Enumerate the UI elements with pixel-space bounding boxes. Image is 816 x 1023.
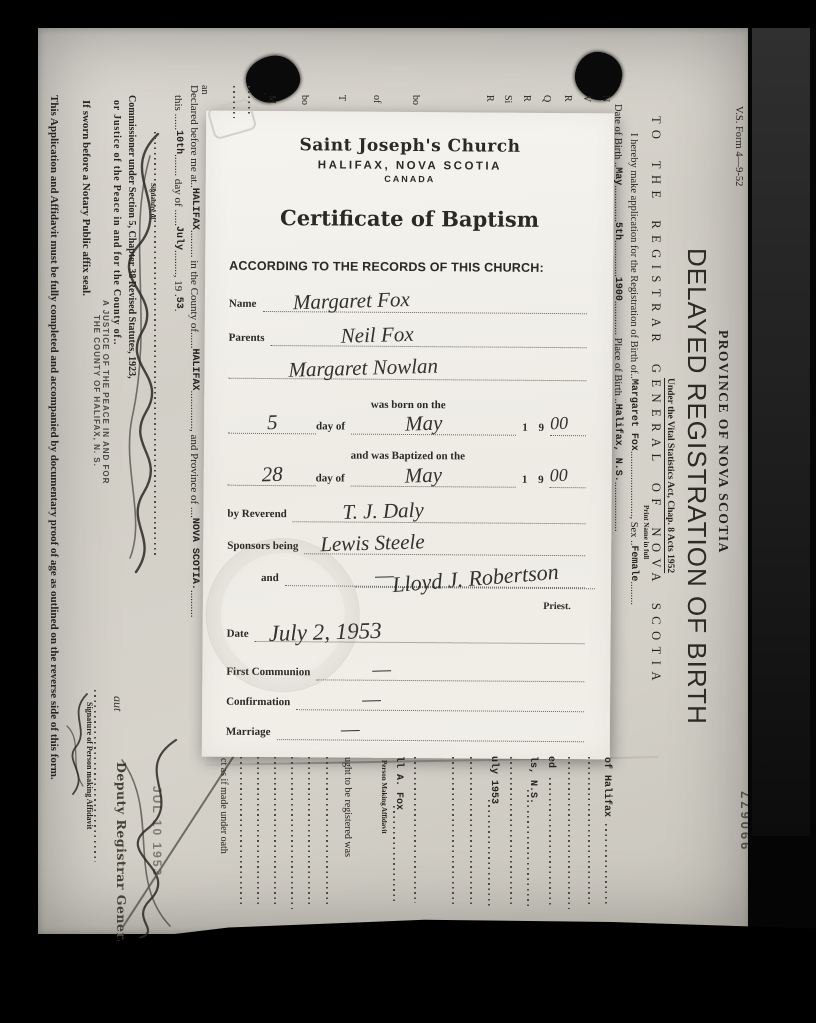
sponsor-line: Lewis Steele [304,529,585,556]
declared-province-typed: NOVA SCOTIA. [189,518,200,590]
baptized-year-line: 00 [550,463,586,488]
name-label: Name [229,298,263,312]
form-line-fragment: N [600,95,611,102]
reverend-line: T. J. Daly [293,497,586,524]
father-value-handwritten: Neil Fox [340,324,413,347]
baptized-day-line: 28 [228,461,316,487]
form-code: V.S. Form 4—9-52 [733,106,744,186]
form-line-fragment: Si [502,95,513,103]
name-line: Margaret Fox [262,287,587,314]
sponsor-value-handwritten: Lewis Steele [320,531,425,555]
form-line-fragment: V [581,95,592,102]
reverend-label: by Reverend [227,508,292,522]
dots: .............., and Province of .... [188,391,200,518]
baptized-year-handwritten: 00 [549,466,567,484]
birth-year-typed: 1900 [612,277,623,301]
born-month-line: May [351,410,516,436]
dotted-blank-line [527,790,529,906]
form-province-heading: PROVINCE OF NOVA SCOTIA [715,330,731,554]
confirmation-dash: — [362,688,381,710]
priest-label: Priest. [543,601,571,612]
form-line-fragment: of [371,95,382,103]
father-line: Neil Fox [270,321,586,348]
form-line-fragment: bo [410,95,421,105]
form-line-fragment: R [484,95,495,102]
dotted-blank-line [393,806,395,904]
dotted-blank-line [549,778,551,906]
applicant-sex-typed: Female [628,545,639,581]
born-year-print: 1 9 [516,422,550,436]
declared-pre: Declared before me at.. [188,85,200,188]
form-line-declared: Declared before me at..HALIFAX..........… [188,85,200,617]
marriage-line: — [276,715,584,742]
frame-top [0,0,816,28]
affiant-signature [57,686,95,806]
embossed-seal [206,539,359,692]
mother-value-handwritten: Margaret Nowlan [288,356,438,381]
certificate-records-line: ACCORDING TO THE RECORDS OF THIS CHURCH: [229,259,544,275]
form-line-fragment: ll A. Fox [393,756,404,810]
form-line-fragment: Person Making Affidavit [380,760,388,834]
form-line-fragment: R [521,95,532,102]
born-year-line: 00 [550,411,586,436]
baptized-day-of-label: day of [316,472,351,486]
mother-line: Margaret Nowlan [228,354,586,381]
certificate-church-country: CANADA [206,173,614,186]
form-title: DELAYED REGISTRATION OF BIRTH [681,248,712,725]
application-pre: I hereby make application for the Regist… [628,133,639,379]
form-line-fragment: bo [299,95,310,105]
form-line-fragment: ct as if made under oath [218,758,229,854]
form-line-fragment: an [199,85,210,94]
form-line-fragment: ught to be registered was [342,757,353,857]
field-baptized-row: 28 day of May 1 9 00 [228,461,586,488]
form-line-instruction: This Application and Affidavit must be f… [48,95,60,780]
declared-at-typed: HALIFAX [189,188,200,230]
field-parents-row: Parents Neil Fox [229,321,587,348]
born-day-of-label: day of [316,420,351,434]
deputy-registrar-signature [100,732,192,942]
dotted-blank-line [274,757,276,907]
baptized-year-print: 1 9 [516,474,550,488]
application-post: ......... [628,581,639,605]
reverend-value-handwritten: T. J. Daly [343,500,425,523]
dots: .............. [612,240,623,277]
dots: ............. [612,301,623,338]
dotted-blank-line [470,757,472,907]
form-line-fragment: M [266,95,277,104]
field-born-row: 5 day of May 1 9 00 [228,409,586,436]
baptized-day-handwritten: 28 [261,464,283,486]
certificate-church-city: HALIFAX, NOVA SCOTIA [206,159,614,174]
film-band [752,24,810,836]
parents-label: Parents [229,332,271,346]
confirmation-line: — [296,685,584,712]
born-month-handwritten: May [405,413,443,435]
dotted-blank-line [452,757,454,905]
baptized-month-line: May [351,462,516,488]
scanned-document: V.S. Form 4—9-52 PROVINCE OF NOVA SCOTIA… [0,0,816,1023]
form-addressee: TO THE REGISTRAR GENERAL OF NOVA SCOTIA [648,116,663,687]
field-mother-row: Margaret Nowlan [228,354,586,381]
form-line-fragment: uly 1953 [488,756,499,804]
form-line-fragment: of Halifax [601,757,612,817]
certificate-title: Certificate of Baptism [205,205,613,233]
priest-signature-line: Lloyd J. Robertson [355,564,595,590]
dotted-blank-line [605,824,607,906]
dotted-blank-line [326,757,328,907]
marriage-label: Marriage [226,726,277,740]
form-act-subtitle: Under the Vital Statistics Act, Chap. 8 … [665,378,675,573]
birth-day-typed: 5th [612,222,623,240]
field-marriage-row: Marriage — [226,715,584,742]
form-line-fragment: ’ [256,92,267,95]
application-mid: ........................., Sex .. [628,451,639,546]
born-day-handwritten: 5 [267,412,278,433]
dotted-blank-line [291,757,293,909]
certificate-church-name: Saint Joseph's Church [206,135,614,158]
baptism-certificate: Saint Joseph's Church HALIFAX, NOVA SCOT… [202,111,614,760]
baptized-month-handwritten: May [404,465,442,487]
form-line-fragment: R [562,95,573,102]
field-reverend-row: by Reverend T. J. Daly [227,497,585,524]
declared-county-typed: HALIFAX [189,349,200,391]
birth-label-place: Place of Birth .. [612,338,623,404]
dotted-blank-line [240,757,242,907]
applicant-name-typed: Margaret Fox [628,379,639,451]
dotted-blank-line [568,757,570,909]
form-line-fragment: Q [541,95,552,102]
dots: ................... [612,482,623,532]
first-communion-line: — [316,655,584,682]
handwritten-note: aut [110,696,125,711]
jp-signature [86,118,178,588]
dotted-blank-line [414,757,416,903]
dotted-blank-line [94,690,96,862]
dotted-blank-line [588,757,590,907]
frame-left [0,0,38,1023]
dotted-blank-line [154,132,156,556]
form-line-application: I hereby make application for the Regist… [628,133,639,605]
dotted-blank-line [308,757,310,907]
marriage-dash: — [340,718,359,740]
form-line-fragment: Print Name in full [642,505,650,559]
dotted-blank-line [488,800,490,906]
dotted-blank-line [257,757,259,907]
born-year-handwritten: 00 [550,414,568,432]
dotted-blank-line [233,86,235,118]
form-line-fragment: T [336,95,347,101]
first-communion-dash: — [372,659,391,681]
field-name-row: Name Margaret Fox [229,287,587,314]
form-line-fragment: ed [545,756,556,768]
born-day-line: 5 [228,409,316,435]
dotted-blank-line [248,86,250,116]
dots: .......... in the County of...... [188,230,200,349]
dots: .......... [188,590,200,618]
confirmation-label: Confirmation [226,696,296,710]
birth-place-typed: Halifax, N.S. [612,404,623,482]
name-value-handwritten: Margaret Fox [292,289,409,313]
dotted-blank-line [510,757,512,907]
priest-signature-handwritten: Lloyd J. Robertson [391,561,559,596]
